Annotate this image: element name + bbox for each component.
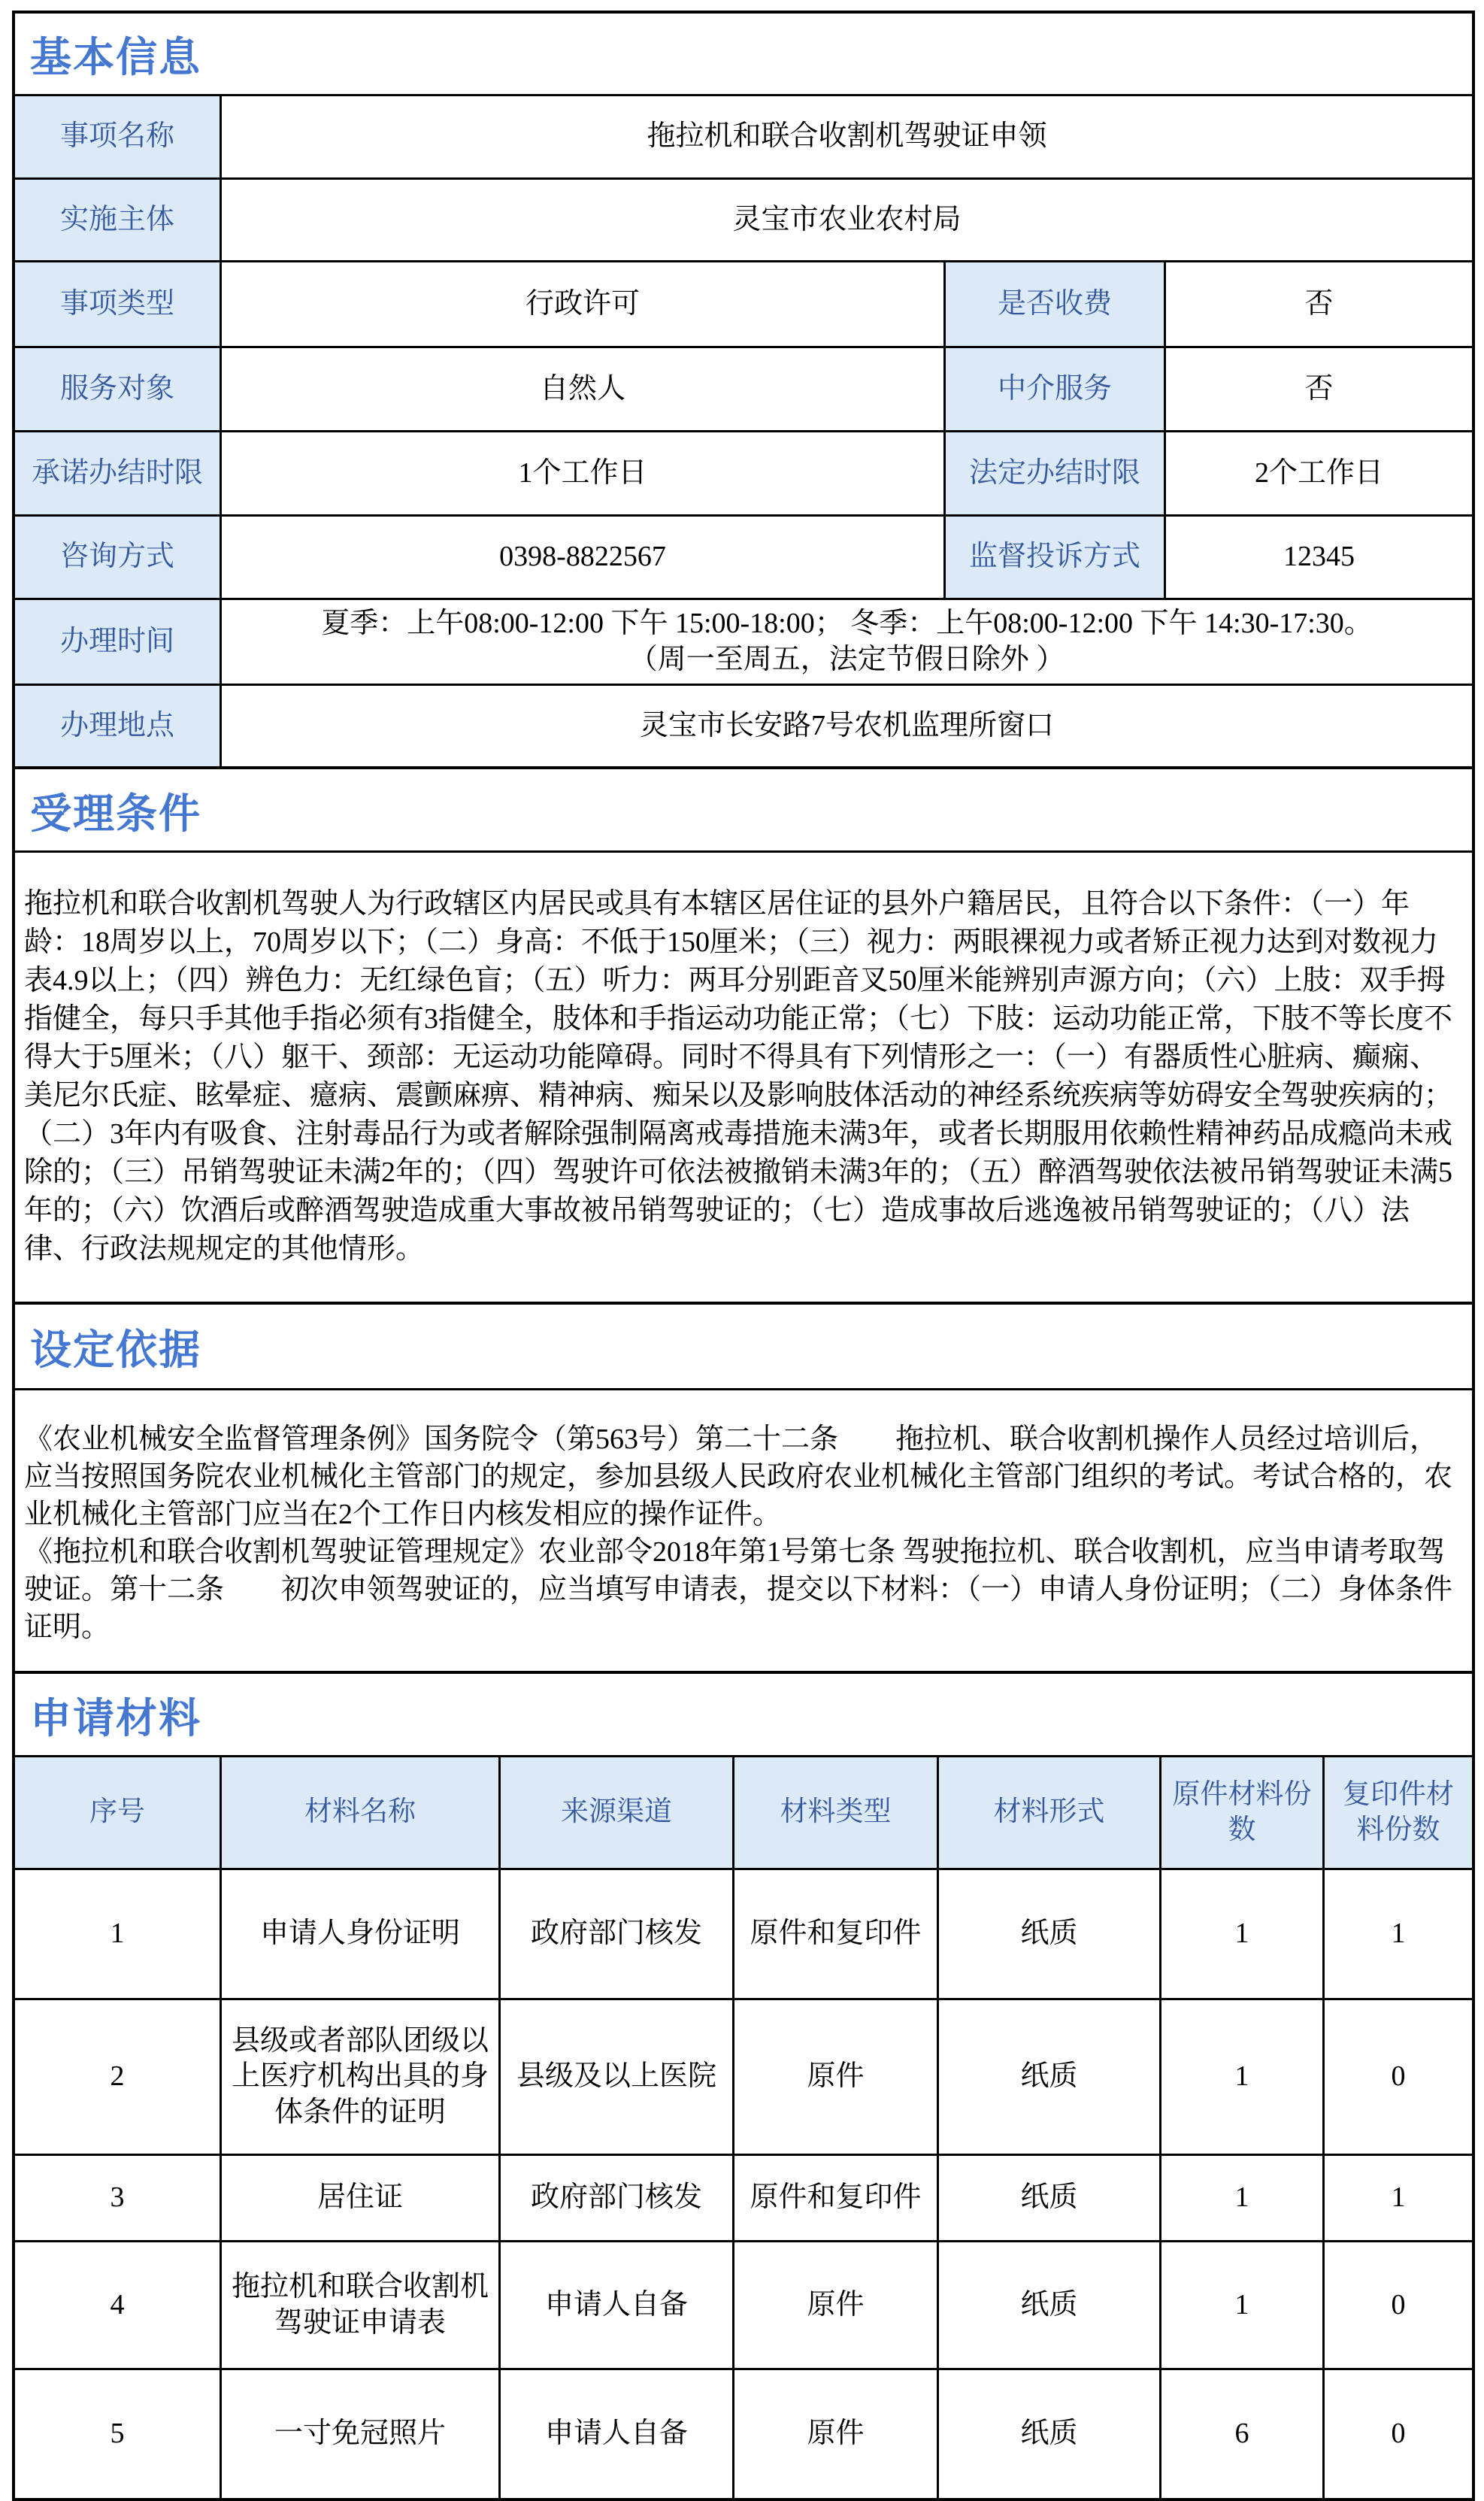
field-value-office-hours: 夏季：上午08:00-12:00 下午 15:00-18:00； 冬季：上午08… — [220, 600, 1472, 684]
materials-col-header-type: 材料类型 — [732, 1757, 937, 1868]
field-label-implementing-body: 实施主体 — [15, 180, 220, 260]
field-label-item-name: 事项名称 — [15, 96, 220, 177]
material-form: 纸质 — [937, 1870, 1159, 1998]
field-value-office-location: 灵宝市长安路7号农机监理所窗口 — [220, 686, 1472, 766]
field-label-intermediary-service: 中介服务 — [943, 348, 1164, 430]
materials-col-header-copy-count: 复印件材料份数 — [1322, 1757, 1472, 1868]
material-name: 拖拉机和联合收割机驾驶证申请表 — [220, 2242, 498, 2368]
material-form: 纸质 — [937, 2242, 1159, 2368]
material-original-count: 1 — [1159, 2000, 1322, 2154]
material-source: 政府部门核发 — [498, 1870, 732, 1998]
materials-table-row: 4 拖拉机和联合收割机驾驶证申请表 申请人自备 原件 纸质 1 0 — [15, 2240, 1472, 2368]
field-label-service-target: 服务对象 — [15, 348, 220, 430]
material-copy-count: 1 — [1322, 1870, 1472, 1998]
material-copy-count: 0 — [1322, 2370, 1472, 2463]
material-name: 一寸免冠照片 — [220, 2370, 498, 2463]
accept-conditions-text: 拖拉机和联合收割机驾驶人为行政辖区内居民或具有本辖区居住证的县外户籍居民，且符合… — [15, 853, 1472, 1302]
field-value-fee-charged: 否 — [1164, 262, 1472, 346]
field-label-complaint-method: 监督投诉方式 — [943, 517, 1164, 598]
section-legal-basis-header: 设定依据 — [15, 1302, 1472, 1388]
field-label-office-hours: 办理时间 — [15, 600, 220, 684]
materials-col-header-no: 序号 — [15, 1757, 220, 1868]
section-title-accept-conditions: 受理条件 — [15, 781, 201, 840]
material-original-count: 1 — [1159, 1870, 1322, 1998]
field-label-consultation-method: 咨询方式 — [15, 517, 220, 598]
materials-table-row: 5 一寸免冠照片 申请人自备 原件 纸质 6 0 — [15, 2368, 1472, 2463]
materials-table-header-row: 序号 材料名称 来源渠道 材料类型 材料形式 原件材料份数 复印件材料份数 — [15, 1755, 1472, 1868]
material-type: 原件 — [732, 2242, 937, 2368]
section-basic-info-header: 基本信息 — [15, 14, 1472, 94]
material-type: 原件和复印件 — [732, 1870, 937, 1998]
material-type: 原件和复印件 — [732, 2156, 937, 2240]
basic-info-row-implementing-body: 实施主体 灵宝市农业农村局 — [15, 177, 1472, 260]
material-copy-count: 1 — [1322, 2156, 1472, 2240]
field-label-item-type: 事项类型 — [15, 262, 220, 346]
material-no: 1 — [15, 1870, 220, 1998]
legal-basis-content-row: 《农业机械安全监督管理条例》国务院令（第563号）第二十二条 拖拉机、联合收割机… — [15, 1388, 1472, 1671]
field-value-intermediary-service: 否 — [1164, 348, 1472, 430]
section-accept-conditions-header: 受理条件 — [15, 766, 1472, 850]
field-value-item-name: 拖拉机和联合收割机驾驶证申领 — [220, 96, 1472, 177]
section-title-basic-info: 基本信息 — [15, 24, 201, 83]
basic-info-row-office-location: 办理地点 灵宝市长安路7号农机监理所窗口 — [15, 684, 1472, 766]
field-value-statutory-time-limit: 2个工作日 — [1164, 432, 1472, 514]
basic-info-row-service-target: 服务对象 自然人 中介服务 否 — [15, 346, 1472, 430]
field-value-consultation-phone: 0398-8822567 — [220, 517, 943, 598]
material-no: 2 — [15, 2000, 220, 2154]
material-type: 原件 — [732, 2370, 937, 2463]
basic-info-row-promised-time-limit: 承诺办结时限 1个工作日 法定办结时限 2个工作日 — [15, 430, 1472, 514]
material-no: 4 — [15, 2242, 220, 2368]
material-original-count: 6 — [1159, 2370, 1322, 2463]
materials-col-header-name: 材料名称 — [220, 1757, 498, 1868]
basic-info-row-consultation: 咨询方式 0398-8822567 监督投诉方式 12345 — [15, 514, 1472, 598]
material-copy-count: 0 — [1322, 2000, 1472, 2154]
material-no: 3 — [15, 2156, 220, 2240]
material-form: 纸质 — [937, 2000, 1159, 2154]
material-name: 县级或者部队团级以上医疗机构出具的身体条件的证明 — [220, 2000, 498, 2154]
service-info-document: 基本信息 事项名称 拖拉机和联合收割机驾驶证申领 实施主体 灵宝市农业农村局 事… — [12, 11, 1475, 2463]
field-value-implementing-body: 灵宝市农业农村局 — [220, 180, 1472, 260]
field-label-fee-charged: 是否收费 — [943, 262, 1164, 346]
material-no: 5 — [15, 2370, 220, 2463]
materials-table-row: 1 申请人身份证明 政府部门核发 原件和复印件 纸质 1 1 — [15, 1868, 1472, 1998]
field-value-complaint-phone: 12345 — [1164, 517, 1472, 598]
field-value-item-type: 行政许可 — [220, 262, 943, 346]
material-type: 原件 — [732, 2000, 937, 2154]
section-title-materials: 申请材料 — [15, 1685, 201, 1745]
materials-table-row: 3 居住证 政府部门核发 原件和复印件 纸质 1 1 — [15, 2154, 1472, 2240]
material-form: 纸质 — [937, 2156, 1159, 2240]
material-name: 居住证 — [220, 2156, 498, 2240]
field-label-office-location: 办理地点 — [15, 686, 220, 766]
basic-info-row-item-type: 事项类型 行政许可 是否收费 否 — [15, 260, 1472, 346]
materials-col-header-original-count: 原件材料份数 — [1159, 1757, 1322, 1868]
basic-info-row-item-name: 事项名称 拖拉机和联合收割机驾驶证申领 — [15, 94, 1472, 177]
material-source: 申请人自备 — [498, 2242, 732, 2368]
field-label-promised-time-limit: 承诺办结时限 — [15, 432, 220, 514]
material-form: 纸质 — [937, 2370, 1159, 2463]
material-source: 县级及以上医院 — [498, 2000, 732, 2154]
field-label-statutory-time-limit: 法定办结时限 — [943, 432, 1164, 514]
material-copy-count: 0 — [1322, 2242, 1472, 2368]
section-materials-header: 申请材料 — [15, 1671, 1472, 1755]
field-value-promised-time-limit: 1个工作日 — [220, 432, 943, 514]
material-name: 申请人身份证明 — [220, 1870, 498, 1998]
material-original-count: 1 — [1159, 2156, 1322, 2240]
materials-col-header-form: 材料形式 — [937, 1757, 1159, 1868]
materials-col-header-source: 来源渠道 — [498, 1757, 732, 1868]
basic-info-row-office-hours: 办理时间 夏季：上午08:00-12:00 下午 15:00-18:00； 冬季… — [15, 598, 1472, 684]
material-source: 申请人自备 — [498, 2370, 732, 2463]
material-source: 政府部门核发 — [498, 2156, 732, 2240]
material-original-count: 1 — [1159, 2242, 1322, 2368]
accept-conditions-content-row: 拖拉机和联合收割机驾驶人为行政辖区内居民或具有本辖区居住证的县外户籍居民，且符合… — [15, 850, 1472, 1302]
section-title-legal-basis: 设定依据 — [15, 1317, 201, 1376]
field-value-service-target: 自然人 — [220, 348, 943, 430]
materials-table-row: 2 县级或者部队团级以上医疗机构出具的身体条件的证明 县级及以上医院 原件 纸质… — [15, 1998, 1472, 2154]
legal-basis-text: 《农业机械安全监督管理条例》国务院令（第563号）第二十二条 拖拉机、联合收割机… — [15, 1390, 1472, 1671]
